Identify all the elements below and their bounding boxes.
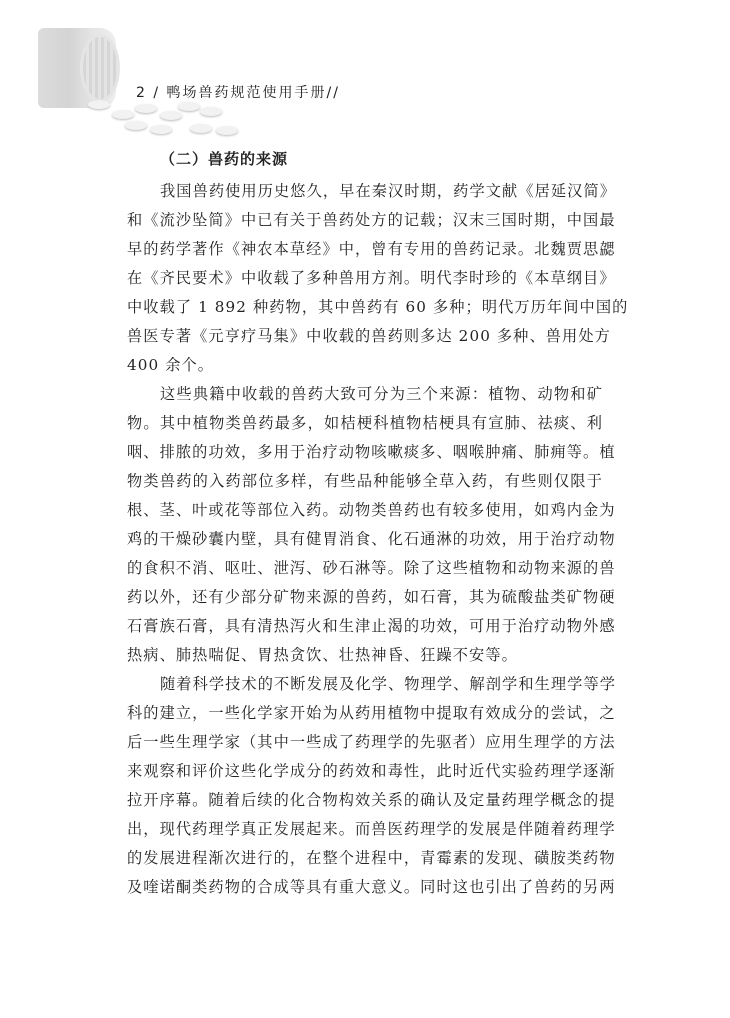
text-line: 科的建立，一些化学家开始为从药用植物中提取有效成分的尝试，之 (127, 699, 603, 728)
text-line: 咽、排脓的功效，多用于治疗动物咳嗽痰多、咽喉肿痛、肺痈等。植 (127, 438, 603, 467)
pill-icon (88, 100, 110, 109)
text-line: 出，现代药理学真正发展起来。而兽医药理学的发展是伴随着药理学 (127, 815, 603, 844)
text-line: 中收载了 1 892 种药物，其中兽药有 60 多种；明代万历年间中国的 (127, 293, 603, 322)
text-line: 根、茎、叶或花等部位入药。动物类兽药也有较多使用，如鸡内金为 (127, 496, 603, 525)
text-line: 在《齐民要术》中收载了多种兽用方剂。明代李时珍的《本草纲目》 (127, 264, 603, 293)
pill-icon (150, 125, 172, 134)
text-line: 和《流沙坠简》中已有关于兽药处方的记载；汉末三国时期，中国最 (127, 206, 603, 235)
pill-icon (200, 107, 222, 116)
text-line: 的发展进程渐次进行的，在整个进程中，青霉素的发现、磺胺类药物 (127, 844, 603, 873)
text-line: 这些典籍中收载的兽药大致可分为三个来源：植物、动物和矿 (127, 380, 603, 409)
pill-icon (190, 124, 212, 133)
body-text: 我国兽药使用历史悠久，早在秦汉时期，药学文献《居延汉简》 和《流沙坠简》中已有关… (127, 177, 603, 902)
text-line: 物类兽药的入药部位多样，有些品种能够全草入药，有些则仅限于 (127, 467, 603, 496)
pill-icon (216, 126, 238, 135)
text-line: 早的药学著作《神农本草经》中，曾有专用的兽药记录。北魏贾思勰 (127, 235, 603, 264)
text-line: 鸡的干燥砂囊内壁，具有健胃消食、化石通淋的功效，用于治疗动物 (127, 525, 603, 554)
text-line: 后一些生理学家（其中一些成了药理学的先驱者）应用生理学的方法 (127, 728, 603, 757)
running-title: / 鸭场兽药规范使用手册// (153, 85, 340, 101)
running-header: 2 / 鸭场兽药规范使用手册// (136, 82, 340, 102)
text-line: 石膏族石膏，具有清热泻火和生津止渴的功效，可用于治疗动物外感 (127, 612, 603, 641)
text-line: 物。其中植物类兽药最多，如桔梗科植物桔梗具有宣肺、祛痰、利 (127, 409, 603, 438)
section-heading: （二）兽药的来源 (160, 148, 288, 169)
text-line: 药以外，还有少部分矿物来源的兽药，如石膏，其为硫酸盐类矿物硬 (127, 583, 603, 612)
text-line: 热病、肺热喘促、胃热贪饮、壮热神昏、狂躁不安等。 (127, 641, 603, 670)
pill-icon (135, 104, 157, 113)
text-line: 及喹诺酮类药物的合成等具有重大意义。同时这也引出了兽药的另两 (127, 873, 603, 902)
page-number: 2 (136, 85, 147, 101)
text-line: 来观察和评价这些化学成分的药效和毒性，此时近代实验药理学逐渐 (127, 757, 603, 786)
pill-icon (178, 102, 200, 111)
text-line: 我国兽药使用历史悠久，早在秦汉时期，药学文献《居延汉简》 (127, 177, 603, 206)
text-line: 兽医专著《元亨疗马集》中收载的兽药则多达 200 多种、兽用处方 (127, 322, 603, 351)
pill-icon (125, 121, 147, 130)
text-line: 拉开序幕。随着后续的化合物构效关系的确认及定量药理学概念的提 (127, 786, 603, 815)
pill-icon (112, 110, 134, 119)
pill-icon (160, 111, 182, 120)
bottle-neck-icon (80, 34, 120, 102)
text-line: 400 余个。 (127, 351, 603, 380)
text-line: 的食积不消、呕吐、泄泻、砂石淋等。除了这些植物和动物来源的兽 (127, 554, 603, 583)
text-line: 随着科学技术的不断发展及化学、物理学、解剖学和生理学等学 (127, 670, 603, 699)
